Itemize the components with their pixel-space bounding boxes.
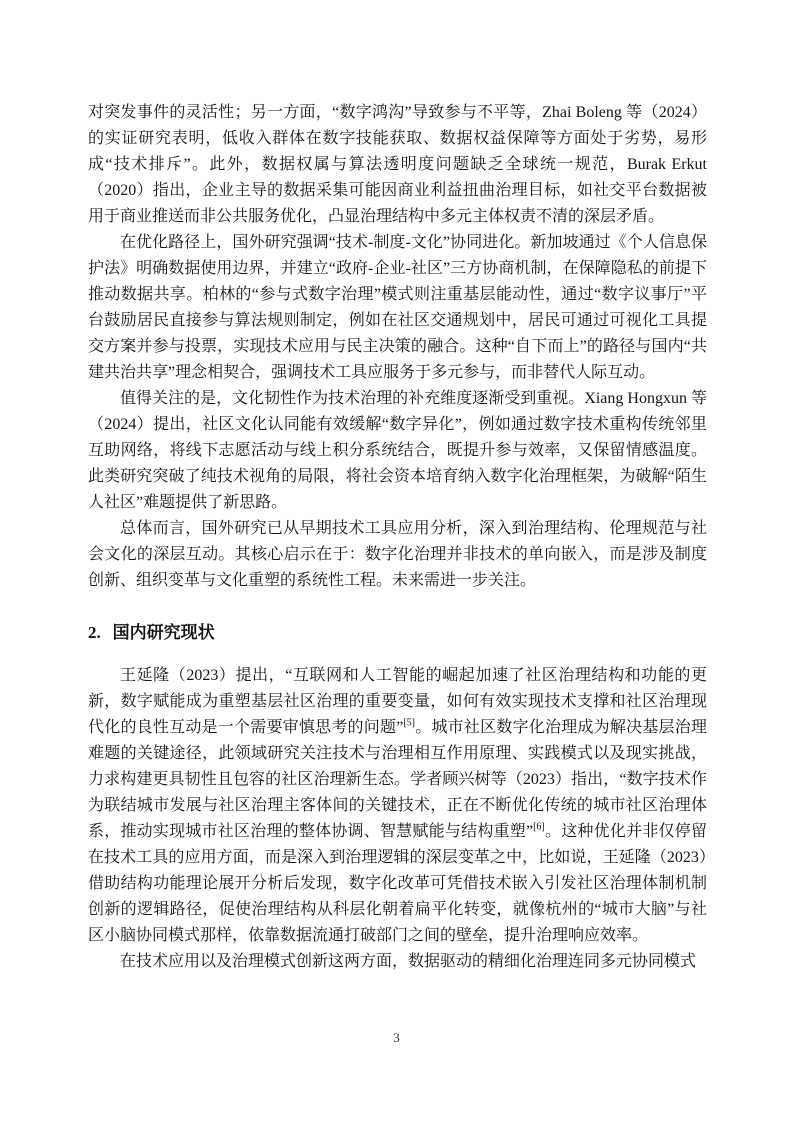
citation-ref-5: [5] xyxy=(403,718,415,729)
document-body: 对突发事件的灵活性；另一方面，“数字鸿沟”导致参与不平等，Zhai Boleng… xyxy=(88,100,707,975)
paragraph-2: 在优化路径上，国外研究强调“技术-制度-文化”协同进化。新加坡通过《个人信息保护… xyxy=(88,230,707,386)
document-page: 对突发事件的灵活性；另一方面，“数字鸿沟”导致参与不平等，Zhai Boleng… xyxy=(0,0,793,1122)
paragraph-1: 对突发事件的灵活性；另一方面，“数字鸿沟”导致参与不平等，Zhai Boleng… xyxy=(88,100,707,230)
paragraph-5-text-3: 。这种优化并非仅停留在技术工具的应用方面，而是深入到治理逻辑的深层变革之中，比如… xyxy=(88,823,707,944)
section-heading: 2.国内研究现状 xyxy=(88,621,707,644)
section-number: 2. xyxy=(88,623,101,642)
citation-ref-6: [6] xyxy=(533,822,545,833)
section-title: 国内研究现状 xyxy=(113,623,215,642)
paragraph-3: 值得关注的是，文化韧性作为技术治理的补充维度逐渐受到重视。Xiang Hongx… xyxy=(88,386,707,516)
paragraph-6: 在技术应用以及治理模式创新这两方面，数据驱动的精细化治理连同多元协同模式 xyxy=(88,949,707,975)
paragraph-5: 王延隆（2023）提出，“互联网和人工智能的崛起加速了社区治理结构和功能的更新，… xyxy=(88,663,707,949)
page-number: 3 xyxy=(0,1030,793,1046)
paragraph-5-text-2: 。城市社区数字化治理成为解决基层治理难题的关键途径，此领域研究关注技术与治理相互… xyxy=(88,719,707,840)
paragraph-4: 总体而言，国外研究已从早期技术工具应用分析，深入到治理结构、伦理规范与社会文化的… xyxy=(88,516,707,594)
